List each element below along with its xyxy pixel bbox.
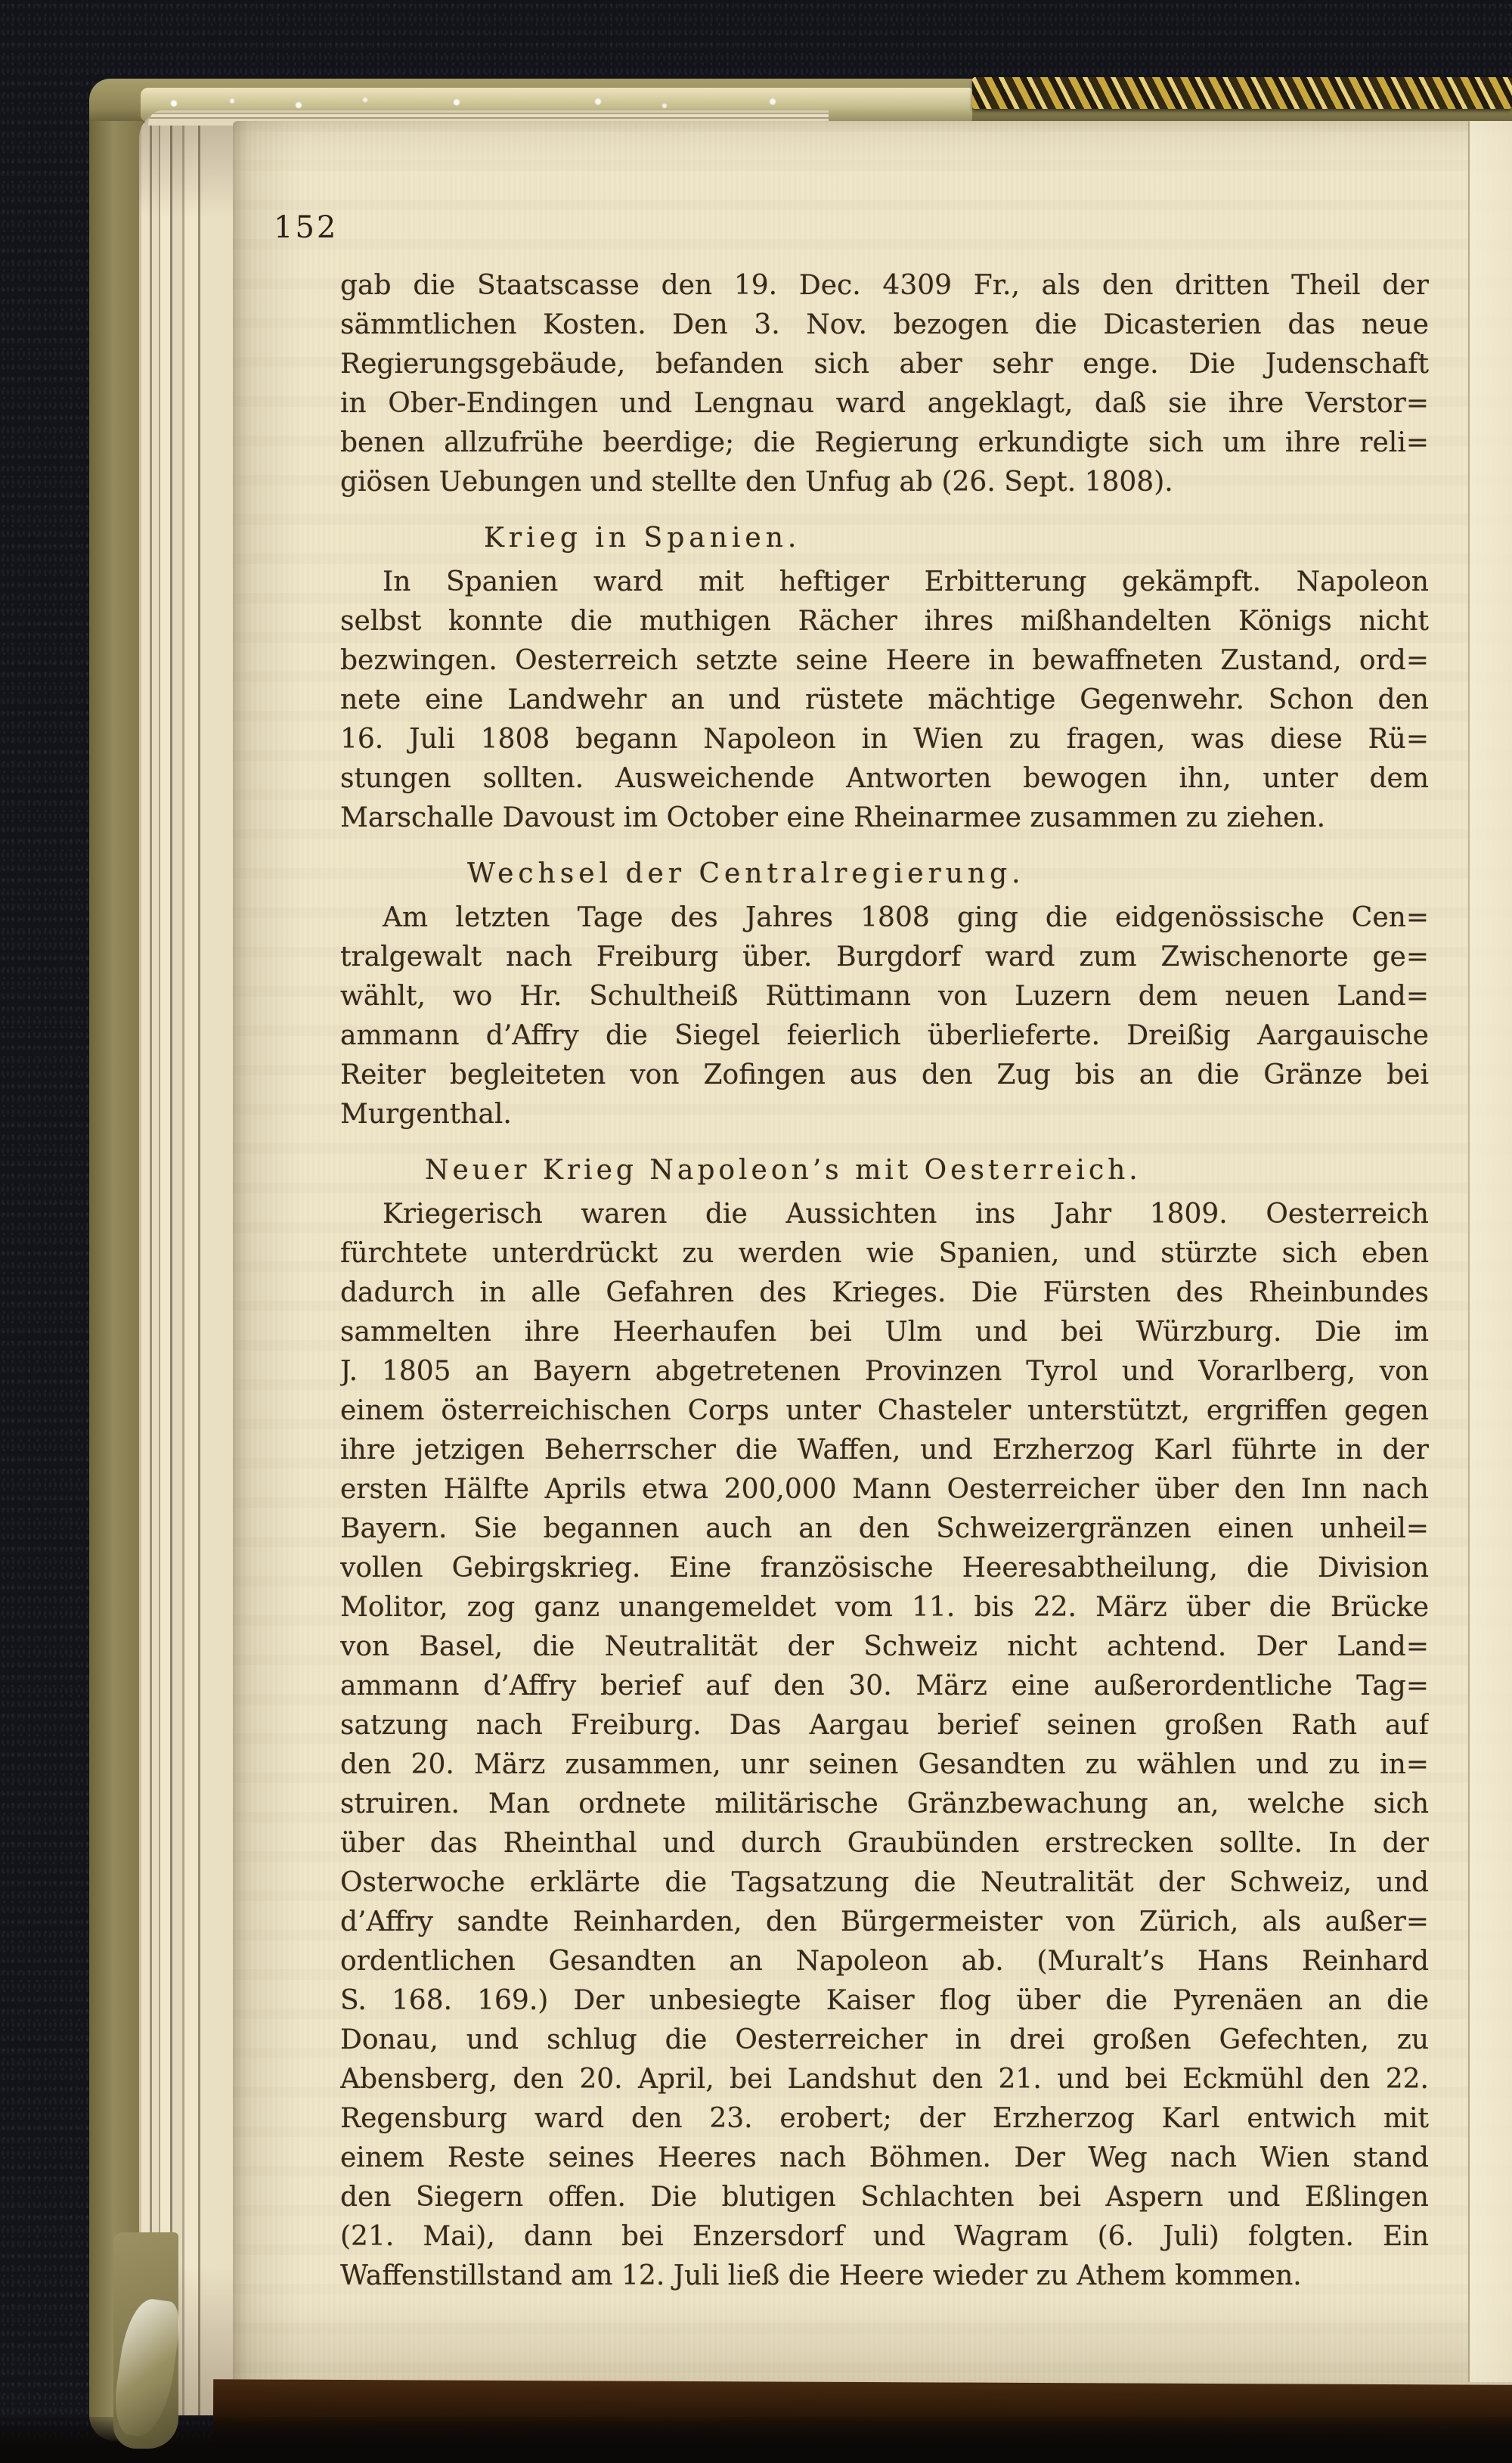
paragraph: Am letzten Tage des Jahres 1808 ging die… [340, 898, 1429, 1134]
text-line: sämmtlichen Kosten. Den 3. Nov. bezogen … [340, 306, 1429, 345]
text-line: Murgenthal. [340, 1095, 1429, 1134]
text-line: vollen Gebirgskrieg. Eine französische H… [340, 1549, 1429, 1588]
text-line: ihre jetzigen Beherrscher die Waffen, un… [340, 1431, 1429, 1470]
text-line: den 20. März zusammen, unr seinen Gesand… [340, 1745, 1429, 1785]
text-line: nete eine Landwehr an und rüstete mächti… [340, 681, 1429, 720]
text-line: den Siegern offen. Die blutigen Schlacht… [340, 2178, 1429, 2217]
text-line: ersten Hälfte Aprils etwa 200,000 Mann O… [340, 1470, 1429, 1509]
page-fold-line [1468, 121, 1470, 2382]
text-line: in Ober-Endingen und Lengnau ward angekl… [340, 384, 1429, 423]
text-line: Marschalle Davoust im October eine Rhein… [340, 799, 1429, 838]
table-surface-shadow [0, 2417, 1512, 2463]
paragraph: In Spanien ward mit heftiger Erbitterung… [340, 563, 1429, 838]
text-line: Abensberg, den 20. April, bei Landshut d… [340, 2060, 1429, 2099]
paragraph: gab die Staatscasse den 19. Dec. 4309 Fr… [340, 266, 1429, 502]
text-line: Am letzten Tage des Jahres 1808 ging die… [340, 898, 1429, 938]
text-line: giösen Uebungen und stellte den Unfug ab… [340, 463, 1429, 502]
text-line: selbst konnte die muthigen Rächer ihres … [340, 602, 1429, 641]
text-line: Bayern. Sie begannen auch an den Schweiz… [340, 1509, 1429, 1549]
text-line: dadurch in alle Gefahren des Krieges. Di… [340, 1273, 1429, 1313]
photo-background: 152 gab die Staatscasse den 19. Dec. 430… [0, 0, 1512, 2463]
gold-headband-ornament [972, 77, 1512, 109]
text-line: Molitor, zog ganz unangemeldet vom 11. b… [340, 1588, 1429, 1627]
text-line: 16. Juli 1808 begann Napoleon in Wien zu… [340, 720, 1429, 759]
text-line: satzung nach Freiburg. Das Aargau berief… [340, 1706, 1429, 1745]
text-line: von Basel, die Neutralität der Schweiz n… [340, 1627, 1429, 1667]
section-heading: Krieg in Spanien. [340, 519, 1429, 558]
paragraph: Kriegerisch waren die Aussichten ins Jah… [340, 1195, 1429, 2296]
section-heading: Neuer Krieg Napoleon’s mit Oesterreich. [340, 1151, 1429, 1190]
text-line: J. 1805 an Bayern abgetretenen Provinzen… [340, 1352, 1429, 1391]
text-line: ammann d’Affry berief auf den 30. März e… [340, 1667, 1429, 1706]
text-line: Regensburg ward den 23. erobert; der Erz… [340, 2099, 1429, 2139]
text-line: ammann d’Affry die Siegel feierlich über… [340, 1016, 1429, 1056]
text-line: Osterwoche erklärte die Tagsatzung die N… [340, 1863, 1429, 1903]
text-line: Donau, und schlug die Oesterreicher in d… [340, 2021, 1429, 2060]
section-heading: Wechsel der Centralregierung. [340, 855, 1429, 894]
text-line: Regierungsgebäude, befanden sich aber se… [340, 345, 1429, 384]
text-line: Kriegerisch waren die Aussichten ins Jah… [340, 1195, 1429, 1234]
text-line: d’Affry sandte Reinharden, den Bürgermei… [340, 1903, 1429, 1942]
text-line: einem Reste seines Heeres nach Böhmen. D… [340, 2139, 1429, 2178]
book-cover-left-edge [89, 82, 144, 2441]
page-number: 152 [274, 210, 338, 245]
page-fold-strip [1470, 121, 1512, 2382]
text-line: Reiter begleiteten von Zofingen aus den … [340, 1056, 1429, 1095]
text-line: struiren. Man ordnete militärische Gränz… [340, 1785, 1429, 1824]
text-line: In Spanien ward mit heftiger Erbitterung… [340, 563, 1429, 602]
text-line: ordentlichen Gesandten an Napoleon ab. (… [340, 1942, 1429, 1981]
text-line: S. 168. 169.) Der unbesiegte Kaiser flog… [340, 1981, 1429, 2021]
text-line: einem österreichischen Corps unter Chast… [340, 1391, 1429, 1431]
text-line: benen allzufrühe beerdige; die Regierung… [340, 423, 1429, 463]
text-line: sammelten ihre Heerhaufen bei Ulm und be… [340, 1313, 1429, 1352]
text-line: wählt, wo Hr. Schultheiß Rüttimann von L… [340, 977, 1429, 1016]
page-stack-left-edges [139, 112, 234, 2415]
text-line: fürchtete unterdrückt zu werden wie Span… [340, 1234, 1429, 1273]
text-line: Waffenstillstand am 12. Juli ließ die He… [340, 2257, 1429, 2296]
text-line: (21. Mai), dann bei Enzersdorf und Wagra… [340, 2217, 1429, 2257]
text-line: über das Rheinthal und durch Graubünden … [340, 1824, 1429, 1863]
text-line: tralgewalt nach Freiburg über. Burgdorf … [340, 938, 1429, 977]
text-block: gab die Staatscasse den 19. Dec. 4309 Fr… [340, 266, 1429, 2296]
text-line: bezwingen. Oesterreich setzte seine Heer… [340, 641, 1429, 681]
text-line: stungen sollten. Ausweichende Antworten … [340, 759, 1429, 799]
text-line: gab die Staatscasse den 19. Dec. 4309 Fr… [340, 266, 1429, 306]
